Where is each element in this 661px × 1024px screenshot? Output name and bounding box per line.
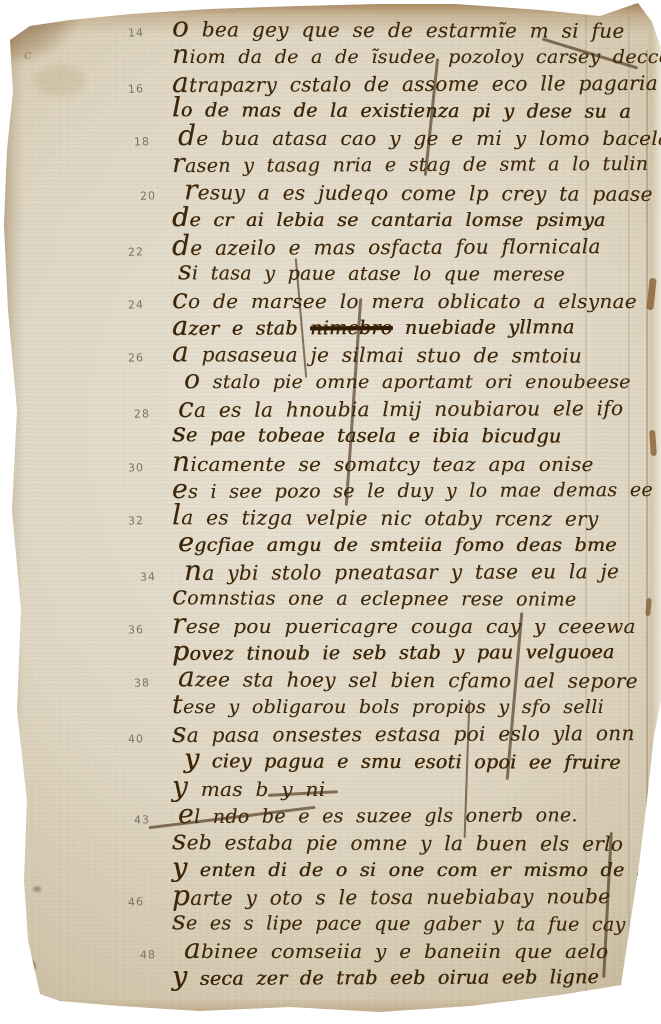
line-text: y mas b y ni xyxy=(172,773,325,803)
line-text-pre: resuy a es judeqo come lp crey ta paase xyxy=(184,180,653,206)
line-number: 32 xyxy=(120,513,172,528)
line-number xyxy=(120,172,172,174)
line-text-pre: la es tizga velpie nic otaby rcenz ery xyxy=(172,505,599,530)
line-text: nicamente se somatcy teaz apa onise xyxy=(172,448,594,478)
line-text: o bea gey que se de estarmĩe m si fue xyxy=(172,13,625,45)
manuscript-line: comnstias one a eclepnee rese onime xyxy=(120,582,661,611)
line-text-pre: rese pou puericagre couga cay y ceeewa xyxy=(172,614,636,638)
line-number: 18 xyxy=(126,134,178,149)
line-text-pre: nicamente se somatcy teaz apa onise xyxy=(172,452,594,476)
line-number xyxy=(120,62,172,64)
line-text-pre: tese y obligarou bols propios y sfo sell… xyxy=(172,696,604,718)
line-text-pre: rasen y tasag nria e stag de smt a lo tu… xyxy=(172,153,648,177)
manuscript-line: rasen y tasag nria e stag de smt a lo tu… xyxy=(120,148,661,178)
line-number xyxy=(132,766,184,768)
line-number: 20 xyxy=(132,188,184,203)
manuscript-line: povez tinoub ie seb stab y pau velguoea xyxy=(120,636,661,666)
manuscript-line: 14 o bea gey que se de estarmĩe m si fue xyxy=(120,13,661,42)
line-text-pre: azee sta hoey sel bien cfamo ael sepore xyxy=(178,667,638,693)
line-number: 24 xyxy=(120,297,172,312)
line-text-pre: se pae tobeae tasela e ibia bicudgu xyxy=(172,425,561,448)
line-number xyxy=(120,848,172,850)
manuscript-line: 32 la es tizga velpie nic otaby rcenz er… xyxy=(120,501,661,530)
deckled-edge-left xyxy=(0,0,24,1024)
line-number: 26 xyxy=(120,350,172,365)
manuscript-line: y ciey pagua e smu esoti opoi ee fruire xyxy=(120,745,661,774)
line-text-pre: comnstias one a eclepnee rese onime xyxy=(172,587,577,610)
corner-mark: c xyxy=(24,48,31,63)
line-number xyxy=(120,225,172,227)
manuscript-line: 43 el ndo be e es suzee gls onerb one. xyxy=(120,798,661,828)
line-number: 38 xyxy=(126,676,178,691)
line-text-pre: y enten di de o si one com er mismo de s… xyxy=(172,859,659,881)
manuscript-line: y enten di de o si one com er mismo de s… xyxy=(120,854,661,881)
manuscript-line: 28 ca es la hnoubia lmij noubiarou ele i… xyxy=(120,392,661,422)
line-number xyxy=(126,550,178,552)
line-number xyxy=(120,497,172,499)
line-text-pre: y ciey pagua e smu esoti opoi ee fruire xyxy=(184,750,621,774)
manuscript-line: tese y obligarou bols propios y sfo sell… xyxy=(120,691,661,718)
manuscript-line: si tasa y paue atase lo que merese xyxy=(120,257,661,286)
paper-speck xyxy=(33,886,41,892)
line-number xyxy=(120,603,172,605)
line-text: y seca zer de trab eeb oirua eeb ligne xyxy=(172,961,599,993)
line-number xyxy=(126,278,178,280)
manuscript-line: 24 co de marsee lo mera oblicato a elsyn… xyxy=(120,285,661,312)
line-number xyxy=(120,795,172,797)
manuscript-line: 26 a pasaseua je silmai stuo de smtoiu xyxy=(120,338,661,367)
manuscript-line: 38 azee sta hoey sel bien cfamo ael sepo… xyxy=(120,663,661,692)
manuscript-line: y seca zer de trab eeb oirua eeb ligne xyxy=(120,961,661,991)
line-text-pre: niom da de a de ĩsudee pozoloy carsey de… xyxy=(172,46,661,68)
line-number xyxy=(120,116,172,118)
line-text-pre: azer e stab xyxy=(172,317,310,340)
struck-word: nimebro xyxy=(310,317,392,339)
line-text: lo de mas de la existienza pi y dese su … xyxy=(172,94,631,126)
line-number xyxy=(132,387,184,389)
line-text-pre: y mas b y ni xyxy=(172,777,325,801)
manuscript-line: 22 de azeilo e mas osfacta fou flornical… xyxy=(120,230,661,260)
line-number xyxy=(120,659,172,661)
line-text: comnstias one a eclepnee rese onime xyxy=(172,582,577,614)
manuscript-line: 48 abinee comseiia y e baneiin que aelo xyxy=(120,935,661,962)
manuscript-photo: c 14 o bea gey que se de estarmĩe m si f… xyxy=(0,0,661,1024)
manuscript-page: c 14 o bea gey que se de estarmĩe m si f… xyxy=(0,0,661,1024)
line-number xyxy=(120,712,172,714)
manuscript-line: niom da de a de ĩsudee pozoloy carsey de… xyxy=(120,41,661,68)
line-number xyxy=(120,334,172,336)
manuscript-line: 20 resuy a es judeqo come lp crey ta paa… xyxy=(120,176,661,205)
line-text: se es s lipe pace que gaber y ta fue cay xyxy=(172,907,626,939)
line-text-pre: o bea gey que se de estarmĩe m si fue xyxy=(172,17,625,43)
manuscript-line: seb estaba pie omne y la buen els erlo xyxy=(120,826,661,855)
line-text: seb estaba pie omne y la buen els erlo xyxy=(172,826,623,858)
line-text-pre: povez tinoub ie seb stab y pau velguoea xyxy=(172,641,615,665)
text-block: 14 o bea gey que se de estarmĩe m si fue… xyxy=(120,14,661,989)
line-text-pre: de azeilo e mas osfacta fou flornicala xyxy=(172,234,601,260)
line-number: 30 xyxy=(120,460,172,475)
line-number xyxy=(120,984,172,986)
line-text: y ciey pagua e smu esoti opoi ee fruire xyxy=(184,745,621,777)
line-text-pre: o stalo pie omne aportamt ori enoubeese xyxy=(184,371,631,393)
manuscript-line: egcfiae amgu de smteiia fomo deas bme xyxy=(120,529,661,556)
line-text-post: nuebiade yllmna xyxy=(392,316,574,339)
line-text-pre: si tasa y paue atase lo que merese xyxy=(178,262,565,285)
manuscript-line: 16 atrapazry cstalo de assome eco lle pa… xyxy=(120,67,661,97)
line-text-pre: a pasaseua je silmai stuo de smtoiu xyxy=(172,342,582,367)
line-text: azee sta hoey sel bien cfamo ael sepore xyxy=(178,663,638,695)
paper-stain xyxy=(34,66,86,96)
line-number xyxy=(120,441,172,443)
line-text: resuy a es judeqo come lp crey ta paase xyxy=(184,176,653,208)
manuscript-line: lo de mas de la existienza pi y dese su … xyxy=(120,94,661,123)
line-text: de cr ai lebia se cantaria lomse psimya xyxy=(172,204,606,234)
line-text: a pasaseua je silmai stuo de smtoiu xyxy=(172,338,582,370)
manuscript-line: 18 de bua atasa cao y ge e mi y lomo bac… xyxy=(120,122,661,149)
line-text-pre: parte y oto s le tosa nuebiabay noube xyxy=(172,884,610,910)
manuscript-line: se pae tobeae tasela e ibia bicudgu xyxy=(120,419,661,448)
line-text-pre: de cr ai lebia se cantaria lomse psimya xyxy=(172,209,606,231)
line-text-pre: seb estaba pie omne y la buen els erlo xyxy=(172,830,623,856)
manuscript-line: azer e stab nimebro nuebiade yllmna xyxy=(120,311,661,341)
manuscript-line: 34 na ybi stolo pneatasar y tase eu la j… xyxy=(120,555,661,585)
manuscript-line: 40 sa pasa onsestes estasa poi eslo yla … xyxy=(120,717,661,747)
line-text-pre: atrapazry cstalo de assome eco lle pagar… xyxy=(172,71,658,97)
line-text-pre: na ybi stolo pneatasar y tase eu la je xyxy=(184,559,619,585)
line-text-pre: y seca zer de trab eeb oirua eeb ligne xyxy=(172,966,599,990)
line-text-pre: co de marsee lo mera oblicato a elsynae xyxy=(172,289,637,313)
line-text-pre: se es s lipe pace que gaber y ta fue cay xyxy=(172,912,626,936)
line-text-pre: lo de mas de la existienza pi y dese su … xyxy=(172,99,631,123)
manuscript-line: se es s lipe pace que gaber y ta fue cay xyxy=(120,907,661,936)
line-text: la es tizga velpie nic otaby rcenz ery xyxy=(172,501,599,533)
line-text-pre: es i see pozo se le duy y lo mae demas e… xyxy=(172,478,653,502)
manuscript-line: 36 rese pou puericagre couga cay y ceeew… xyxy=(120,610,661,637)
line-number: 36 xyxy=(120,622,172,637)
line-text-pre: sa pasa onsestes estasa poi eslo yla onn xyxy=(172,721,635,747)
manuscript-line: 46 parte y oto s le tosa nuebiabay noube xyxy=(120,880,661,910)
line-text-pre: abinee comseiia y e baneiin que aelo xyxy=(184,939,608,963)
line-number xyxy=(120,928,172,930)
line-text-pre: ca es la hnoubia lmij noubiarou ele ifo xyxy=(178,396,623,422)
line-text: si tasa y paue atase lo que merese xyxy=(178,257,565,288)
line-text-pre: egcfiae amgu de smteiia fomo deas bme xyxy=(178,534,617,556)
line-text-pre: de bua atasa cao y ge e mi y lomo bacela xyxy=(178,126,661,150)
line-text: se pae tobeae tasela e ibia bicudgu xyxy=(172,420,561,451)
manuscript-line: o stalo pie omne aportamt ori enoubeese xyxy=(120,366,661,393)
manuscript-line: 30 nicamente se somatcy teaz apa onise xyxy=(120,448,661,475)
line-number: 14 xyxy=(120,25,172,40)
line-number xyxy=(120,875,172,877)
manuscript-line: es i see pozo se le duy y lo mae demas e… xyxy=(120,473,661,503)
line-number: 48 xyxy=(132,947,184,962)
